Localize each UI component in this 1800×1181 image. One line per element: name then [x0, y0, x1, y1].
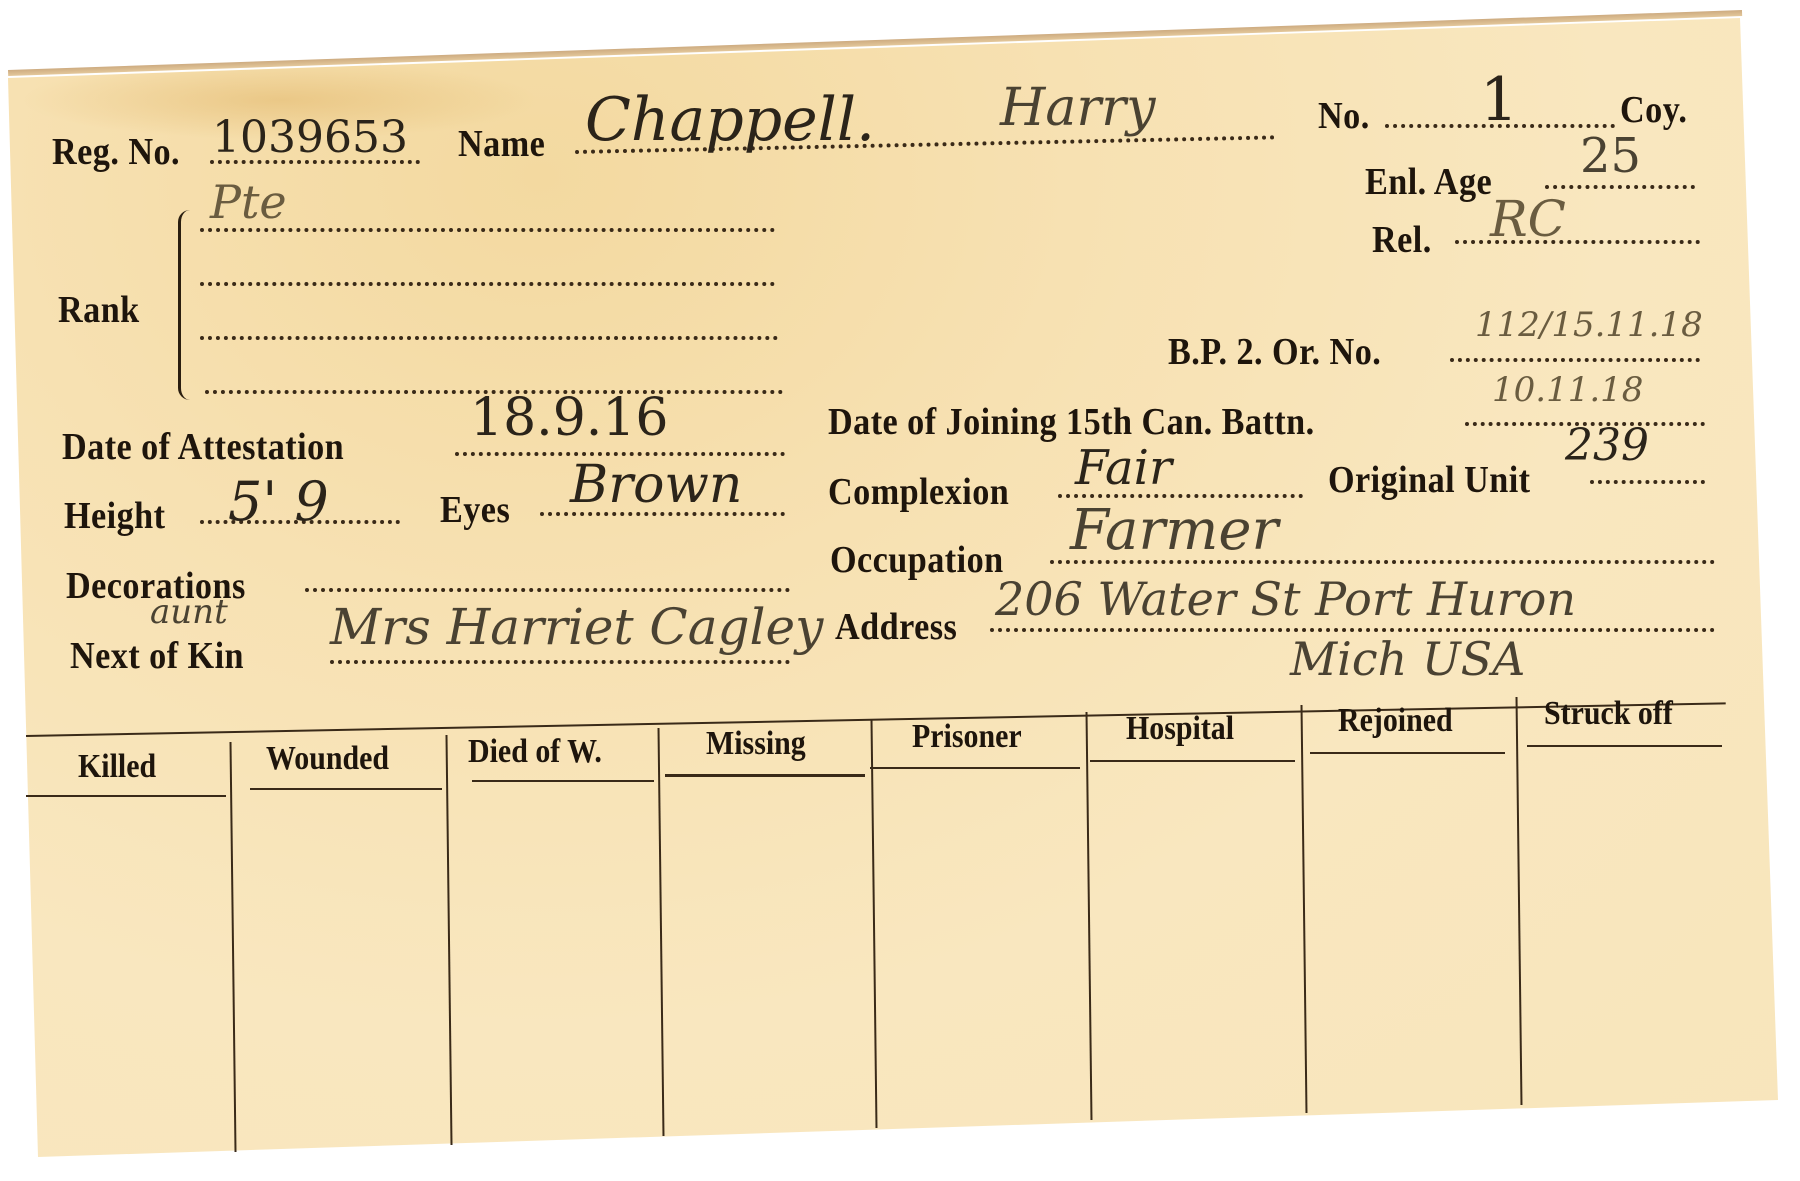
rel-label: Rel.: [1372, 218, 1432, 262]
header-underline-struck-off: [1527, 745, 1722, 747]
given-name-value: Harry: [1000, 78, 1155, 138]
column-header-prisoner: Prisoner: [912, 718, 1022, 756]
header-underline-rejoined: [1310, 752, 1505, 754]
header-underline-died: [472, 780, 654, 782]
eyes-value: Brown: [570, 455, 742, 515]
address-line-1: 206 Water St Port Huron: [995, 572, 1576, 626]
next-of-kin-annotation: aunt: [150, 592, 228, 632]
header-underline-prisoner: [870, 767, 1080, 769]
rank-brace: [178, 210, 199, 400]
column-header-missing: Missing: [706, 725, 806, 763]
reg-no-label: Reg. No.: [52, 130, 180, 174]
enl-age-line: [1545, 185, 1695, 189]
rel-value: RC: [1490, 190, 1566, 248]
bp2-line: [1450, 358, 1700, 362]
reg-no-value: 1039653: [212, 112, 408, 163]
next-of-kin-line: [330, 660, 790, 664]
header-underline-missing: [665, 774, 865, 777]
surname-value: Chappell.: [585, 85, 875, 155]
attestation-label: Date of Attestation: [62, 425, 344, 469]
rank-line-2: [200, 282, 775, 286]
column-header-struck-off: Struck off: [1544, 695, 1673, 733]
occupation-value: Farmer: [1070, 498, 1278, 563]
joining-label: Date of Joining 15th Can. Battn.: [828, 400, 1315, 444]
height-label: Height: [64, 494, 166, 538]
rank-label: Rank: [58, 288, 140, 332]
column-header-died-of-wounds: Died of W.: [468, 733, 602, 771]
address-label: Address: [835, 605, 957, 649]
joining-value: 10.11.18: [1492, 370, 1643, 410]
header-underline-wounded: [250, 788, 442, 790]
original-unit-line: [1590, 480, 1705, 484]
column-header-hospital: Hospital: [1126, 710, 1234, 748]
coy-no-value: 1: [1480, 65, 1518, 135]
eyes-label: Eyes: [440, 488, 510, 532]
complexion-label: Complexion: [828, 470, 1009, 514]
rank-line-1: [200, 228, 775, 232]
column-header-rejoined: Rejoined: [1338, 702, 1453, 740]
enl-age-value: 25: [1580, 128, 1641, 184]
original-unit-value: 239: [1565, 420, 1649, 471]
complexion-value: Fair: [1075, 440, 1172, 496]
next-of-kin-label: Next of Kin: [70, 634, 244, 678]
enl-age-label: Enl. Age: [1365, 160, 1492, 204]
coy-label: Coy.: [1620, 88, 1687, 132]
bp2-label: B.P. 2. Or. No.: [1168, 330, 1381, 374]
next-of-kin-value: Mrs Harriet Cagley: [330, 598, 823, 656]
rank-line-3: [200, 336, 778, 340]
header-underline-hospital: [1090, 760, 1295, 762]
column-header-killed: Killed: [78, 748, 156, 786]
name-label: Name: [458, 122, 545, 166]
decorations-line: [305, 588, 790, 592]
rank-value: Pte: [210, 175, 287, 229]
attestation-value: 18.9.16: [470, 388, 668, 448]
header-underline-killed: [26, 795, 226, 797]
column-header-wounded: Wounded: [266, 740, 389, 778]
coy-no-label: No.: [1318, 94, 1370, 138]
address-line-2: Mich USA: [1290, 632, 1525, 686]
original-unit-label: Original Unit: [1328, 458, 1531, 502]
height-value: 5' 9: [228, 470, 329, 533]
occupation-label: Occupation: [830, 538, 1004, 582]
bp2-value: 112/15.11.18: [1475, 305, 1703, 345]
